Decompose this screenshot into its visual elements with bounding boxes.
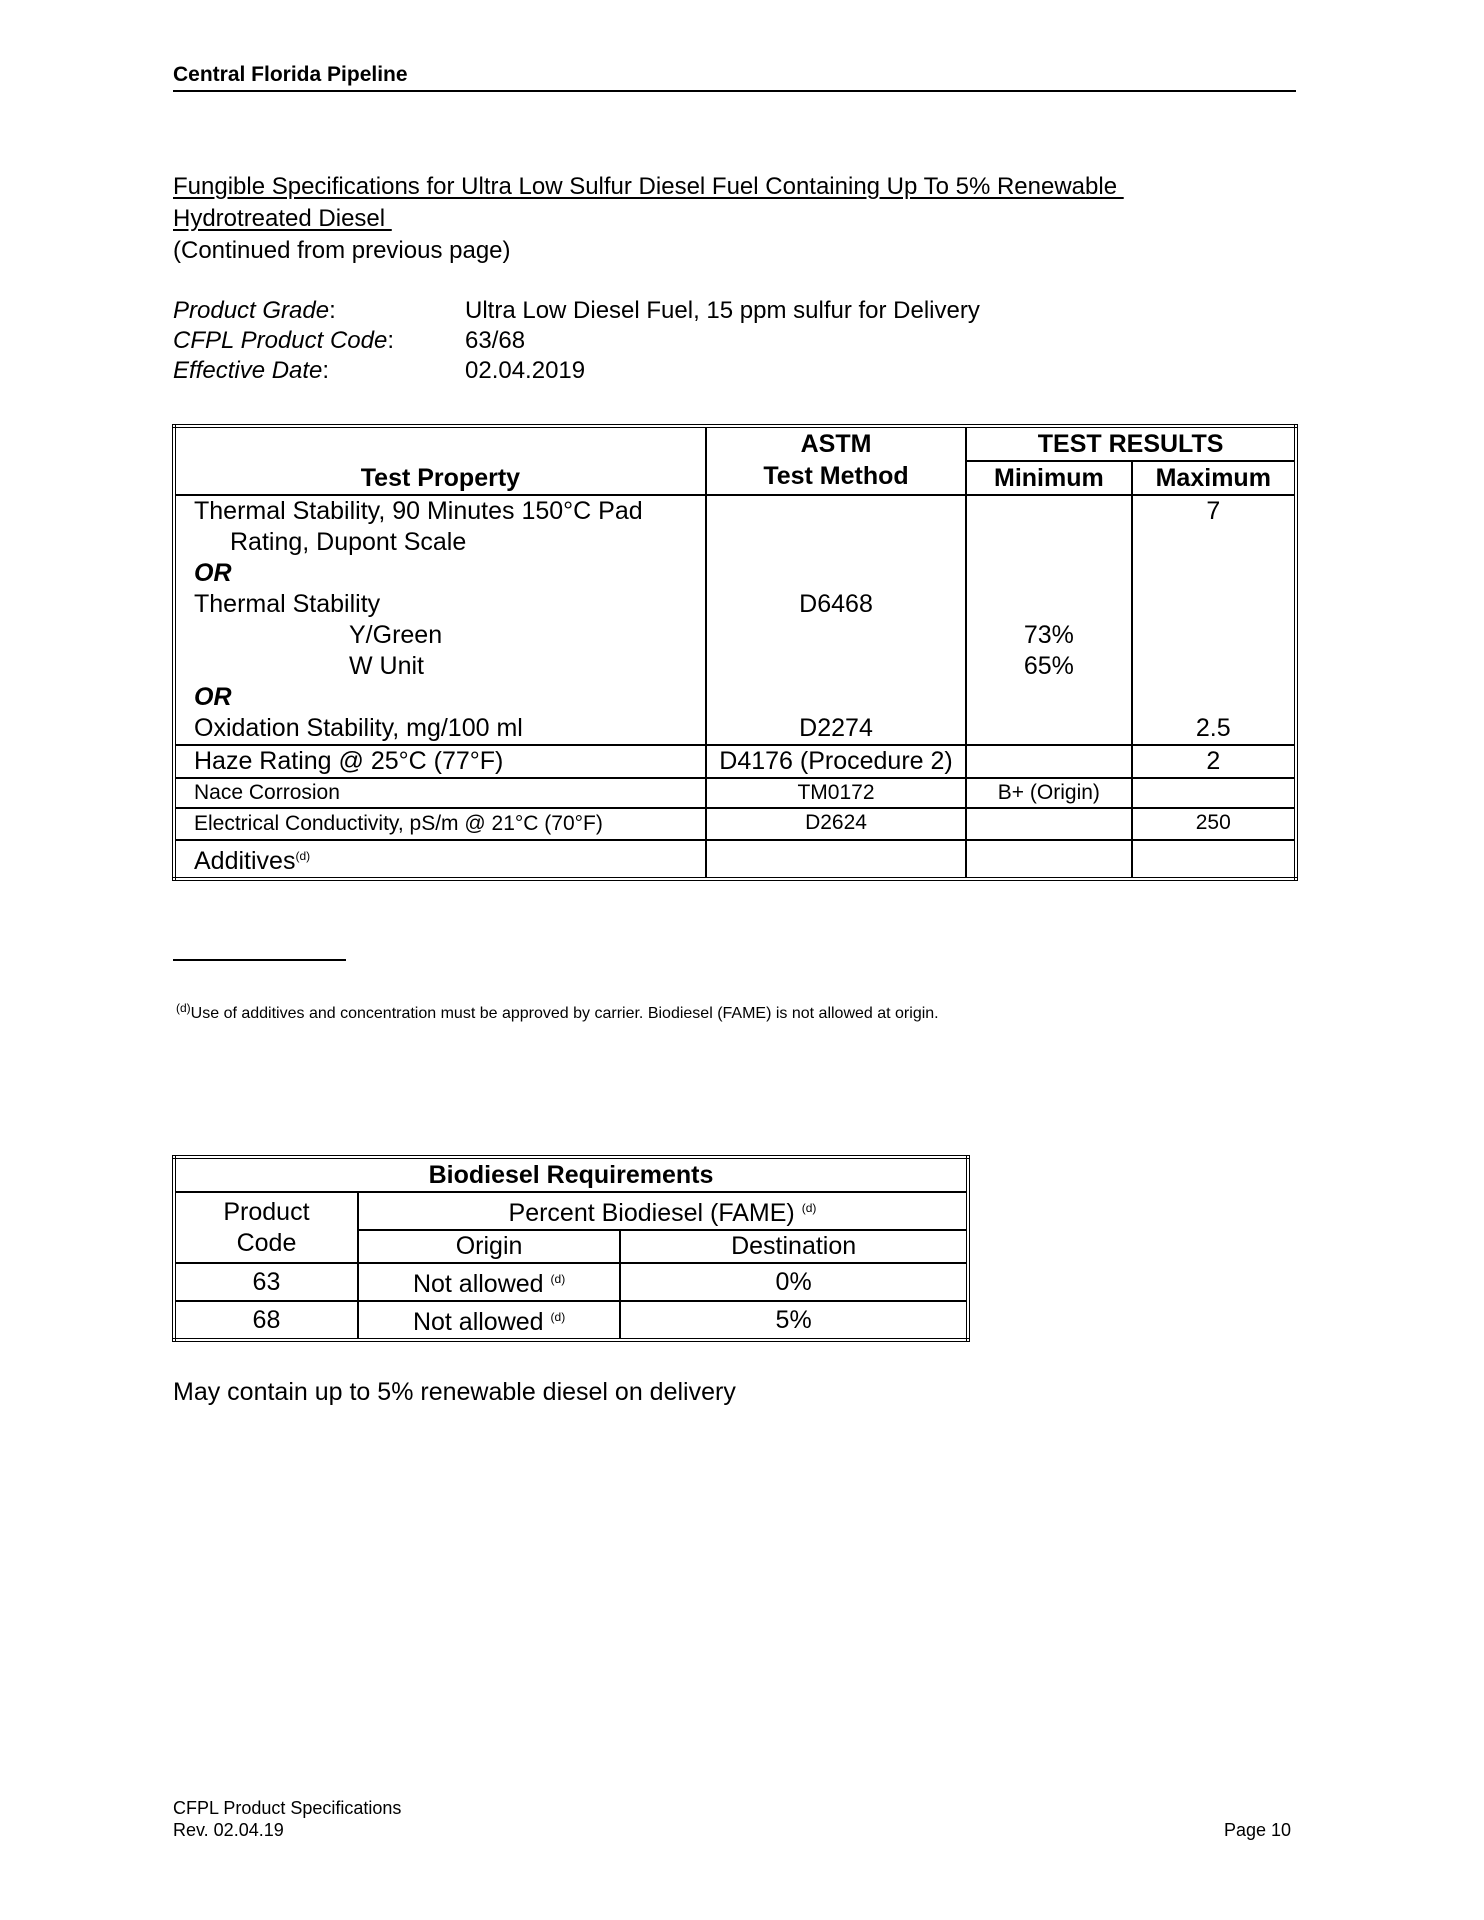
spec-table: Test Property ASTM Test Method TEST RESU… <box>172 424 1298 881</box>
company-name: Central Florida Pipeline <box>173 63 408 86</box>
stability-max-cell: 7 2.5 <box>1132 495 1296 745</box>
stability-min-cell: 73% 65% <box>966 495 1131 745</box>
footnote-ref: (d) <box>295 849 310 863</box>
meta-product-grade: Product Grade:Ultra Low Diesel Fuel, 15 … <box>173 296 980 326</box>
footer-doc-name: CFPL Product Specifications <box>173 1797 401 1819</box>
col-header-astm: ASTM Test Method <box>706 426 966 495</box>
table-row: 68 Not allowed (d) 5% <box>174 1301 968 1340</box>
footer-revision: Rev. 02.04.19 <box>173 1819 401 1841</box>
page-number: Page 10 <box>1224 1819 1291 1841</box>
page-header: Central Florida Pipeline <box>173 62 1296 92</box>
header-row: Test Property ASTM Test Method TEST RESU… <box>174 426 1296 461</box>
meta-effective-date: Effective Date:02.04.2019 <box>173 356 585 386</box>
table-row: 63 Not allowed (d) 0% <box>174 1263 968 1301</box>
col-header-origin: Origin <box>358 1230 620 1263</box>
continued-note: (Continued from previous page) <box>173 236 511 266</box>
table-row-stability-block: Thermal Stability, 90 Minutes 150°C Pad … <box>174 495 1296 745</box>
closing-note: May contain up to 5% renewable diesel on… <box>173 1376 736 1408</box>
table-row: Nace Corrosion TM0172 B+ (Origin) <box>174 778 1296 808</box>
footnote-text: Use of additives and concentration must … <box>191 1005 939 1022</box>
footnote-marker: (d) <box>176 1001 191 1015</box>
table-row: Electrical Conductivity, pS/m @ 21°C (70… <box>174 808 1296 840</box>
meta-value: Ultra Low Diesel Fuel, 15 ppm sulfur for… <box>465 297 980 324</box>
document-title-line-2: Hydrotreated Diesel <box>173 204 392 234</box>
stability-method-cell: D6468 D2274 <box>706 495 966 745</box>
table-row: Haze Rating @ 25°C (77°F) D4176 (Procedu… <box>174 745 1296 778</box>
stability-property-cell: Thermal Stability, 90 Minutes 150°C Pad … <box>174 495 706 745</box>
col-header-destination: Destination <box>620 1230 968 1263</box>
footer-left: CFPL Product Specifications Rev. 02.04.1… <box>173 1797 401 1841</box>
col-header-test-property: Test Property <box>174 426 706 495</box>
biodiesel-table-title: Biodiesel Requirements <box>174 1157 968 1192</box>
footnote-divider <box>173 959 346 961</box>
biodiesel-table: Biodiesel Requirements Product Code Perc… <box>172 1155 970 1342</box>
meta-product-code: CFPL Product Code:63/68 <box>173 326 525 356</box>
meta-label: CFPL Product Code <box>173 327 387 354</box>
document-title-line-1: Fungible Specifications for Ultra Low Su… <box>173 172 1124 202</box>
meta-value: 63/68 <box>465 327 525 354</box>
table-row: Additives(d) <box>174 840 1296 879</box>
col-header-test-results: TEST RESULTS <box>966 426 1296 461</box>
col-header-maximum: Maximum <box>1132 461 1296 495</box>
meta-label: Effective Date <box>173 357 322 384</box>
col-header-minimum: Minimum <box>966 461 1131 495</box>
meta-value: 02.04.2019 <box>465 357 585 384</box>
col-header-product-code: Product Code <box>174 1192 358 1263</box>
footnote: (d)Use of additives and concentration mu… <box>176 997 939 1025</box>
col-header-percent-biodiesel: Percent Biodiesel (FAME) (d) <box>358 1192 968 1230</box>
meta-label: Product Grade <box>173 297 329 324</box>
